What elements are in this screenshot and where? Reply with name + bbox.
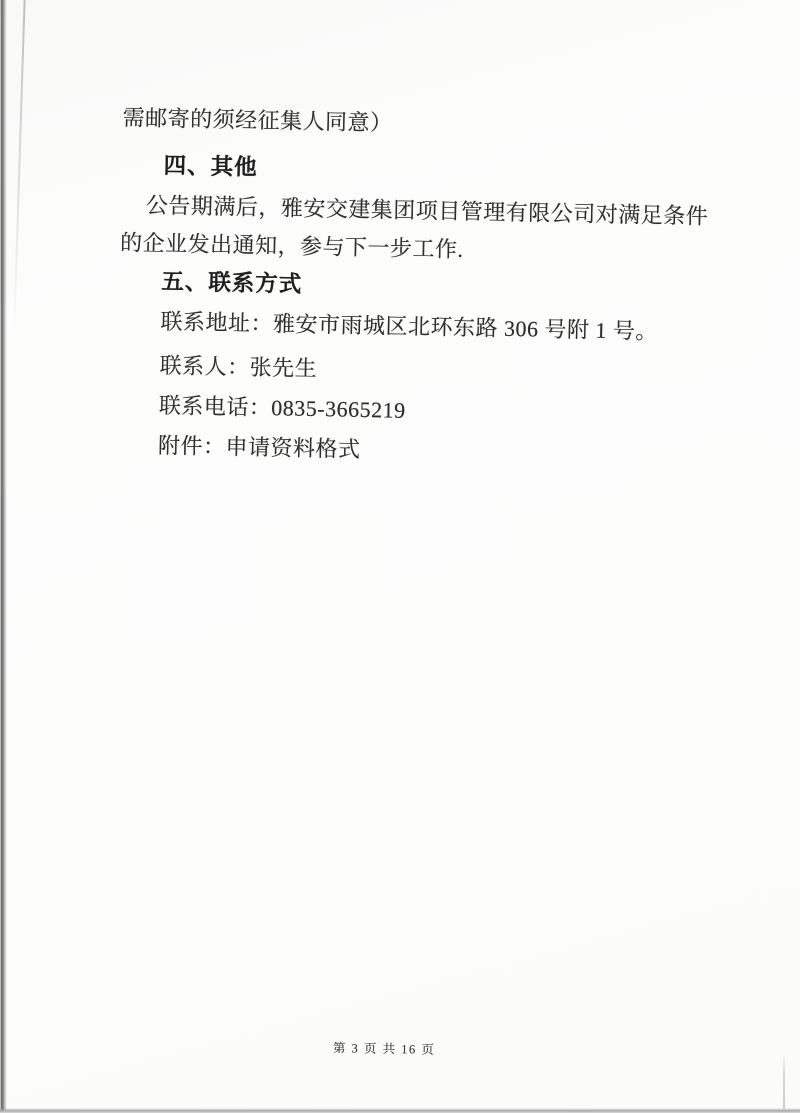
scanned-page: 需邮寄的须经征集人同意） 四、其他 公告期满后，雅安交建集团项目管理有限公司对满… bbox=[0, 0, 800, 1113]
scanner-edge-left bbox=[0, 0, 7, 1113]
document-body: 需邮寄的须经征集人同意） 四、其他 公告期满后，雅安交建集团项目管理有限公司对满… bbox=[113, 99, 770, 477]
page-number: 第 3 页 共 16 页 bbox=[333, 1038, 436, 1058]
page-edge-right bbox=[783, 1052, 785, 1110]
page-edge-bottom bbox=[0, 1108, 800, 1113]
page-crease bbox=[13, 0, 26, 337]
text-line-mail-note: 需邮寄的须经征集人同意） bbox=[122, 99, 770, 150]
